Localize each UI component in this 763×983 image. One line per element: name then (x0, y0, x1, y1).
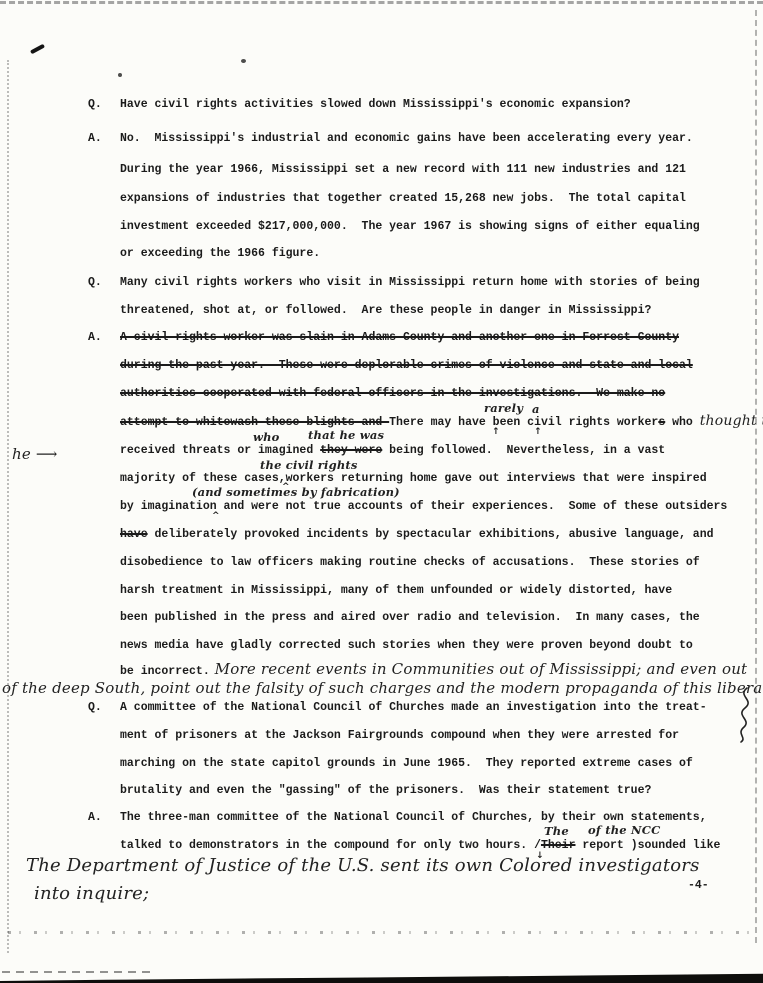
caret-mark: ↑ (492, 425, 500, 440)
typewritten-text: received threats or imagined (120, 444, 320, 457)
handwritten-note: More recent events in Communities out of… (210, 660, 748, 678)
qa-label: Q. (88, 700, 102, 715)
handwritten-insert: of the NCC (588, 823, 660, 838)
typewritten-text: ment of prisoners at the Jackson Fairgro… (120, 729, 679, 742)
handwritten-insert: rarely (484, 401, 523, 416)
document-line: harsh treatment in Mississippi, many of … (120, 583, 672, 598)
document-line: ment of prisoners at the Jackson Fairgro… (120, 728, 679, 743)
scan-edge-right (755, 10, 757, 943)
ink-speck (118, 73, 122, 77)
document-line: into inquire; (34, 886, 149, 904)
document-line: of the deep South, point out the falsity… (2, 681, 763, 698)
handwritten-note: he ⟶ (12, 445, 58, 463)
speckle-band (8, 931, 755, 934)
qa-label: A. (88, 330, 102, 345)
handwritten-insert: who (253, 430, 280, 445)
document-line: expansions of industries that together c… (120, 191, 686, 206)
document-line: A.No. Mississippi's industrial and econo… (120, 131, 693, 146)
typewritten-text: harsh treatment in Mississippi, many of … (120, 584, 672, 597)
document-line: During the year 1966, Mississippi set a … (120, 162, 686, 177)
document-line: A.A civil rights worker was slain in Ada… (120, 330, 679, 345)
typewritten-text: talked to demonstrators in the compound … (120, 839, 541, 852)
document-line: or exceeding the 1966 figure. (120, 246, 320, 261)
document-line: received threats or imagined whothat he … (120, 443, 665, 458)
bottom-smear (0, 973, 763, 983)
scan-edge-top (0, 1, 763, 4)
qa-label: A. (88, 131, 102, 146)
document-line: authorities cooperated with federal offi… (120, 386, 665, 401)
margin-scribble (733, 686, 759, 744)
handwritten-note: The Department of Justice of the U.S. se… (26, 855, 700, 876)
document-line: been published in the press and aired ov… (120, 610, 700, 625)
ink-mark (30, 44, 45, 55)
typewritten-text: A committee of the National Council of C… (120, 701, 707, 714)
handwritten-insert: that he was (308, 428, 384, 443)
document-line: investment exceeded $217,000,000. The ye… (120, 219, 700, 234)
document-line: during the past year. These were deplora… (120, 358, 693, 373)
document-line: The Department of Justice of the U.S. se… (26, 858, 700, 876)
document-line: news media have gladly corrected such st… (120, 638, 693, 653)
ink-speck (241, 59, 246, 63)
typewritten-text: During the year 1966, Mississippi set a … (120, 163, 686, 176)
struck-text: A civil rights worker was slain in Adams… (120, 331, 679, 344)
handwritten-insert: The (544, 824, 569, 839)
smear-dash (2, 971, 152, 973)
document-line: have deliberately provoked incidents by … (120, 527, 714, 542)
struck-text: authorities cooperated with federal offi… (120, 387, 665, 400)
document-line: attempt to whitewash these blights and T… (120, 414, 763, 430)
document-line: brutality and even the "gassing" of the … (120, 783, 651, 798)
struck-text: have (120, 528, 148, 541)
typewritten-text: deliberately provoked incidents by spect… (148, 528, 714, 541)
handwritten-note: into inquire; (34, 883, 149, 904)
handwritten-insert: the civil rights (260, 458, 358, 473)
document-line: Q.Have civil rights activities slowed do… (120, 97, 631, 112)
struck-text: Their (541, 839, 576, 852)
typewritten-text: be incorrect. (120, 665, 210, 678)
qa-label: A. (88, 810, 102, 825)
document-page: Q.Have civil rights activities slowed do… (0, 0, 763, 983)
typewritten-text: news media have gladly corrected such st… (120, 639, 693, 652)
qa-label: Q. (88, 97, 102, 112)
typewritten-text: report )sounded like (575, 839, 720, 852)
scan-edge-left (7, 60, 9, 953)
page-number: -4- (688, 879, 709, 892)
typewritten-text: who (665, 416, 700, 429)
document-line: marching on the state capitol grounds in… (120, 756, 693, 771)
document-line: Q.A committee of the National Council of… (120, 700, 707, 715)
typewritten-text: No. Mississippi's industrial and economi… (120, 132, 693, 145)
typewritten-text: investment exceeded $217,000,000. The ye… (120, 220, 700, 233)
typewritten-text: There may have been (389, 416, 520, 429)
typewritten-text: Many civil rights workers who visit in M… (120, 276, 700, 289)
struck-text: during the past year. These were deplora… (120, 359, 693, 372)
document-line: Q.Many civil rights workers who visit in… (120, 275, 700, 290)
typewritten-text: been published in the press and aired ov… (120, 611, 700, 624)
document-line: be incorrect. More recent events in Comm… (120, 662, 747, 679)
typewritten-text: marching on the state capitol grounds in… (120, 757, 693, 770)
document-line: he ⟶ (12, 447, 58, 464)
struck-text: they were (320, 444, 382, 457)
typewritten-text: brutality and even the "gassing" of the … (120, 784, 651, 797)
typewritten-text: disobedience to law officers making rout… (120, 556, 700, 569)
document-line: majority of these cases,workers returnin… (120, 471, 707, 486)
caret-mark: ^ (212, 509, 220, 524)
typewritten-text: threatened, shot at, or followed. Are th… (120, 304, 651, 317)
document-line: by imagination and were not true account… (120, 499, 727, 514)
document-line: talked to demonstrators in the compound … (120, 838, 720, 853)
qa-label: Q. (88, 275, 102, 290)
handwritten-insert: a (532, 402, 540, 417)
handwritten-insert: (and sometimes by fabrication) (192, 485, 400, 500)
typewritten-text: being followed. Nevertheless, in a vast (382, 444, 665, 457)
typewritten-text: or exceeding the 1966 figure. (120, 247, 320, 260)
document-line: threatened, shot at, or followed. Are th… (120, 303, 651, 318)
typewritten-text: Have civil rights activities slowed down… (120, 98, 631, 111)
typewritten-text: expansions of industries that together c… (120, 192, 686, 205)
caret-mark: ↑ (534, 425, 542, 440)
handwritten-note: of the deep South, point out the falsity… (2, 679, 763, 697)
handwritten-note: thought they (700, 413, 763, 429)
typewritten-text: majority of these cases,workers returnin… (120, 472, 707, 485)
document-line: disobedience to law officers making rout… (120, 555, 700, 570)
